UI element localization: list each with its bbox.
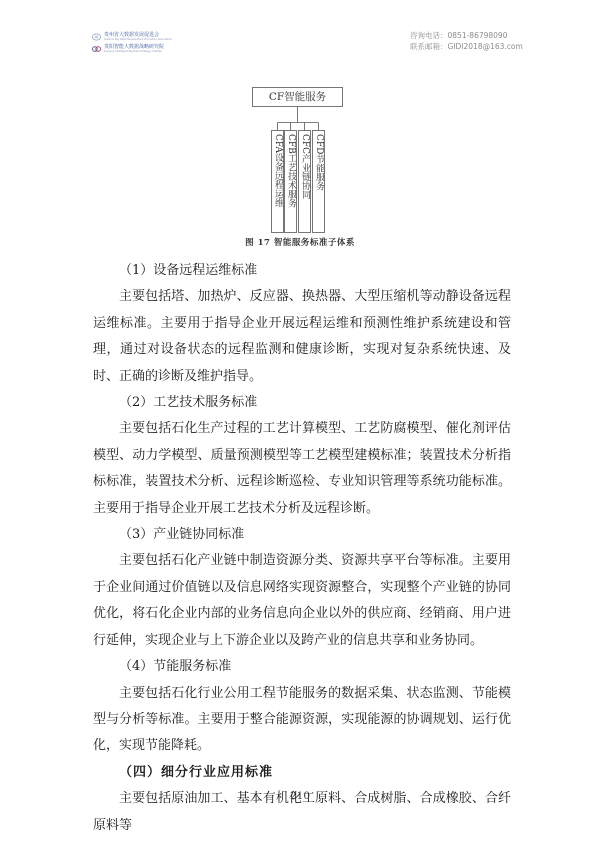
standards-tree-diagram: CF智能服务 CFA设备远程运维 CFB工艺技术服务 CFC产业链协同 CFD节…	[0, 0, 600, 260]
diagram-node-cfc: CFC产业链协同	[299, 134, 310, 199]
diagram-node-cfa: CFA设备远程运维	[272, 134, 283, 207]
paragraph: 主要包括塔、加热炉、反应器、换热器、大型压缩机等动静设备远程运维标准。主要用于指…	[93, 284, 511, 390]
subheading-energy-saving-service: （4）节能服务标准	[93, 654, 511, 680]
diagram-node-cfb: CFB工艺技术服务	[285, 134, 296, 208]
paragraph: 主要包括石化产业链中制造资源分类、资源共享平台等标准。主要用于企业间通过价值链以…	[93, 548, 511, 654]
section-heading-industry-application: （四）细分行业应用标准	[93, 760, 511, 786]
diagram-node-cfd: CFD节能服务	[313, 134, 324, 190]
paragraph: 主要包括石化行业公用工程节能服务的数据采集、状态监测、节能模型与分析等标准。主要…	[93, 681, 511, 760]
diagram-connectors	[0, 0, 600, 260]
body-text: （1）设备远程运维标准 主要包括塔、加热炉、反应器、换热器、大型压缩机等动静设备…	[93, 258, 511, 839]
subheading-process-technical-service: （2）工艺技术服务标准	[93, 390, 511, 416]
paragraph: 主要包括石化生产过程的工艺计算模型、工艺防腐模型、催化剂评估模型、动力学模型、质…	[93, 416, 511, 522]
subheading-equipment-remote-maintenance: （1）设备远程运维标准	[93, 258, 511, 284]
figure-caption: 图 17 智能服务标准子体系	[0, 236, 600, 248]
diagram-root-node: CF智能服务	[252, 88, 343, 106]
subheading-industry-chain-collaboration: （3）产业链协同标准	[93, 522, 511, 548]
page-number: 210	[0, 790, 600, 802]
